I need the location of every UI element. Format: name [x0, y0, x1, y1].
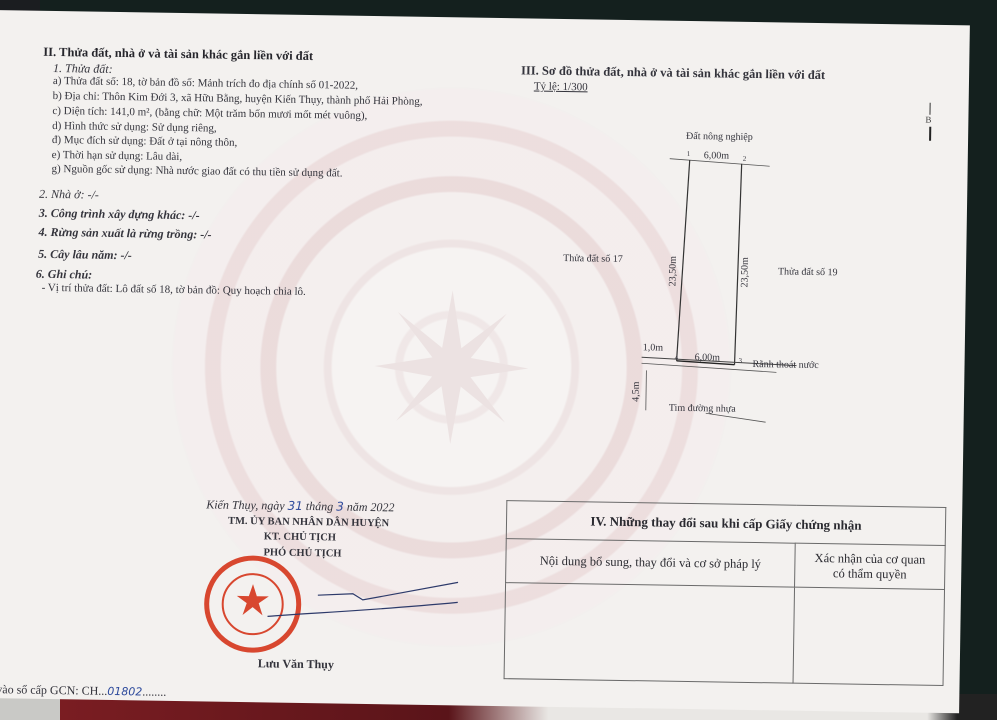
registry-number: 01802 [107, 685, 142, 699]
parcel-item-e: e) Thời hạn sử dụng: Lâu dài, [52, 149, 183, 163]
signer-role1: KT. CHỦ TỊCH [264, 531, 336, 543]
parcel-diagram [625, 150, 830, 443]
dim-road-distance: 4,5m [631, 381, 642, 401]
point-2: 2 [743, 155, 747, 163]
signer-name: Lưu Văn Thụy [258, 656, 334, 672]
label-road: Tim đường nhựa [669, 403, 736, 415]
other-construction-item: 3. Công trình xây dựng khác: -/- [39, 206, 200, 224]
perennial-item: 5. Cây lâu năm: -/- [38, 247, 132, 263]
map-scale: Tỷ lệ: 1/300 [534, 81, 588, 94]
content-cell[interactable] [504, 583, 794, 684]
parcel-item-a: a) Thửa đất số: 18, tờ bản đồ số: Mảnh t… [53, 75, 358, 92]
label-drain: Rãnh thoát nước [752, 359, 818, 371]
dim-offset: 1,0m [643, 342, 663, 353]
dim-top: 6,00m [704, 150, 729, 161]
dim-left: 23,50m [667, 256, 678, 286]
parcel-item-c: c) Diện tích: 141,0 m², (bằng chữ: Một t… [52, 105, 367, 122]
place-date: Kiến Thụy, ngày 31 tháng 3 năm 2022 [206, 497, 394, 515]
point-4: 4 [675, 354, 679, 362]
label-parcel-17: Thửa đất số 17 [563, 253, 623, 265]
date-day: 31 [287, 499, 302, 513]
col-content-header: Nội dung bổ sung, thay đổi và cơ sở pháp… [506, 539, 796, 588]
notes-heading: 6. Ghi chú: [36, 267, 93, 283]
north-arrow: B [925, 103, 936, 143]
forest-item: 4. Rừng sản xuất là rừng trồng: -/- [38, 225, 211, 243]
house-item: 2. Nhà ở: -/- [39, 187, 99, 203]
changes-table: IV. Những thay đổi sau khi cấp Giấy chứn… [504, 500, 947, 686]
signature-scribble [267, 574, 468, 627]
north-label: B [925, 115, 931, 125]
registry-line: ố vào sổ cấp GCN: CH...01802........ [0, 682, 166, 700]
confirmation-cell[interactable] [793, 587, 944, 685]
dim-bottom: 6,00m [695, 352, 720, 363]
star-watermark-icon [370, 286, 532, 448]
point-1: 1 [687, 150, 691, 158]
dim-right: 23,50m [739, 257, 750, 287]
point-3: 3 [739, 357, 743, 365]
parcel-item-dd: đ) Mục đích sử dụng: Đất ở tại nông thôn… [52, 134, 237, 149]
land-certificate-page: II. Thửa đất, nhà ở và tài sản khác gắn … [0, 10, 970, 713]
parcel-item-d: d) Hình thức sử dụng: Sử dụng riêng, [52, 120, 217, 135]
label-agricultural-land: Đất nông nghiệp [686, 131, 753, 143]
col-confirmation-header: Xác nhận của cơ quancó thẩm quyền [795, 543, 946, 589]
